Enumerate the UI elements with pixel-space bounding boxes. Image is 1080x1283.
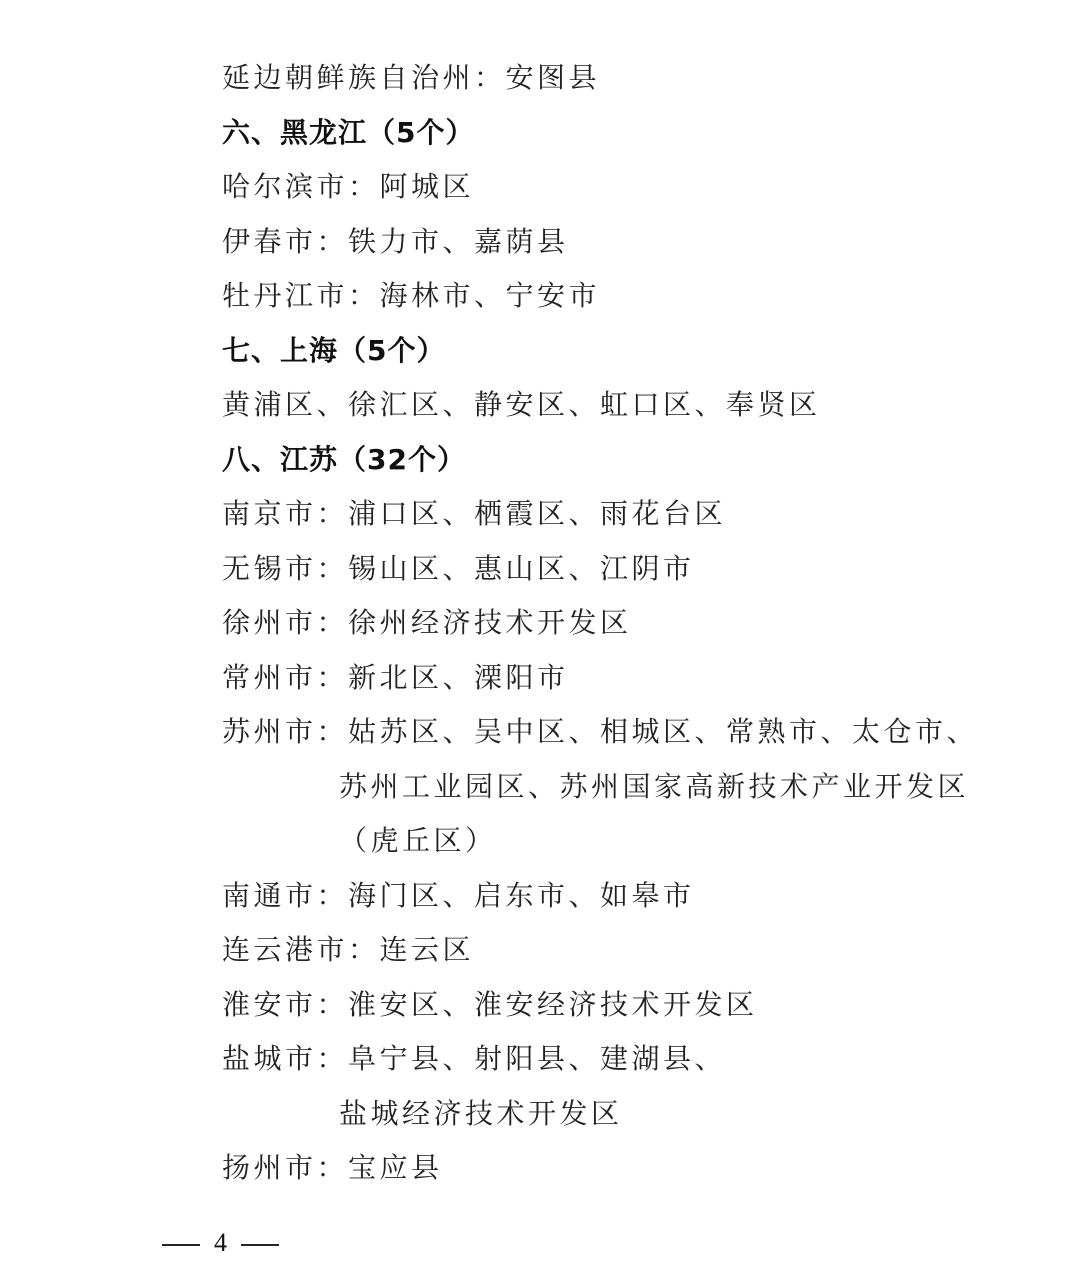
list-entry-suzhou-note: （虎丘区） xyxy=(339,824,497,858)
list-entry-yangzhou: 扬州市：宝应县 xyxy=(222,1151,443,1185)
document-page: 延边朝鲜族自治州：安图县 六、黑龙江（5个） 哈尔滨市：阿城区 伊春市：铁力市、… xyxy=(0,0,1080,1283)
section-heading-jiangsu: 八、江苏（32个） xyxy=(222,443,466,477)
list-entry-lianyungang: 连云港市：连云区 xyxy=(222,933,474,967)
page-number: 4 xyxy=(214,1227,227,1259)
footer-dash-right xyxy=(241,1244,279,1246)
list-entry-wuxi: 无锡市：锡山区、惠山区、江阴市 xyxy=(222,552,695,586)
list-entry-huaian: 淮安市：淮安区、淮安经济技术开发区 xyxy=(222,988,758,1022)
page-footer: 4 xyxy=(162,1227,279,1259)
list-entry-yancheng-continued: 盐城经济技术开发区 xyxy=(339,1097,623,1131)
list-entry-shanghai-districts: 黄浦区、徐汇区、静安区、虹口区、奉贤区 xyxy=(222,388,821,422)
footer-dash-left xyxy=(162,1244,200,1246)
list-entry-yichun: 伊春市：铁力市、嘉荫县 xyxy=(222,225,569,259)
section-heading-heilongjiang: 六、黑龙江（5个） xyxy=(222,116,474,150)
section-heading-shanghai: 七、上海（5个） xyxy=(222,334,445,368)
list-entry-yancheng: 盐城市：阜宁县、射阳县、建湖县、 xyxy=(222,1042,726,1076)
list-entry-harbin: 哈尔滨市：阿城区 xyxy=(222,170,474,204)
list-entry-nantong: 南通市：海门区、启东市、如皋市 xyxy=(222,879,695,913)
list-entry-yanbian: 延边朝鲜族自治州：安图县 xyxy=(222,61,600,95)
list-entry-nanjing: 南京市：浦口区、栖霞区、雨花台区 xyxy=(222,497,726,531)
list-entry-changzhou: 常州市：新北区、溧阳市 xyxy=(222,661,569,695)
list-entry-suzhou-continued: 苏州工业园区、苏州国家高新技术产业开发区 xyxy=(339,770,969,804)
list-entry-mudanjiang: 牡丹江市：海林市、宁安市 xyxy=(222,279,600,313)
list-entry-suzhou: 苏州市：姑苏区、吴中区、相城区、常熟市、太仓市、 xyxy=(222,715,978,749)
list-entry-xuzhou: 徐州市：徐州经济技术开发区 xyxy=(222,606,632,640)
